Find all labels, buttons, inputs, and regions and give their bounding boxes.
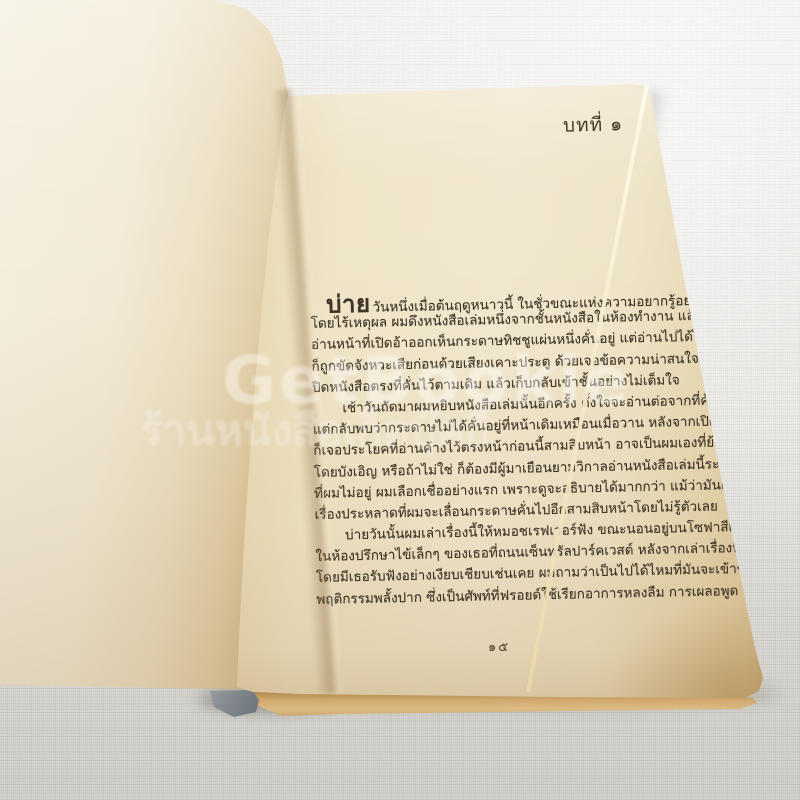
watermark-thai: ร้านหนังสือเก็ตบุ๊คกี้	[140, 398, 490, 464]
page-number: ๑๕	[488, 636, 510, 657]
chapter-heading: บทที่ ๑	[563, 109, 624, 141]
book-photo-scene: บทที่ ๑ บ่ายวันหนึ่งเมื่อต้นฤดูหนาวนี้ ใ…	[0, 0, 800, 800]
